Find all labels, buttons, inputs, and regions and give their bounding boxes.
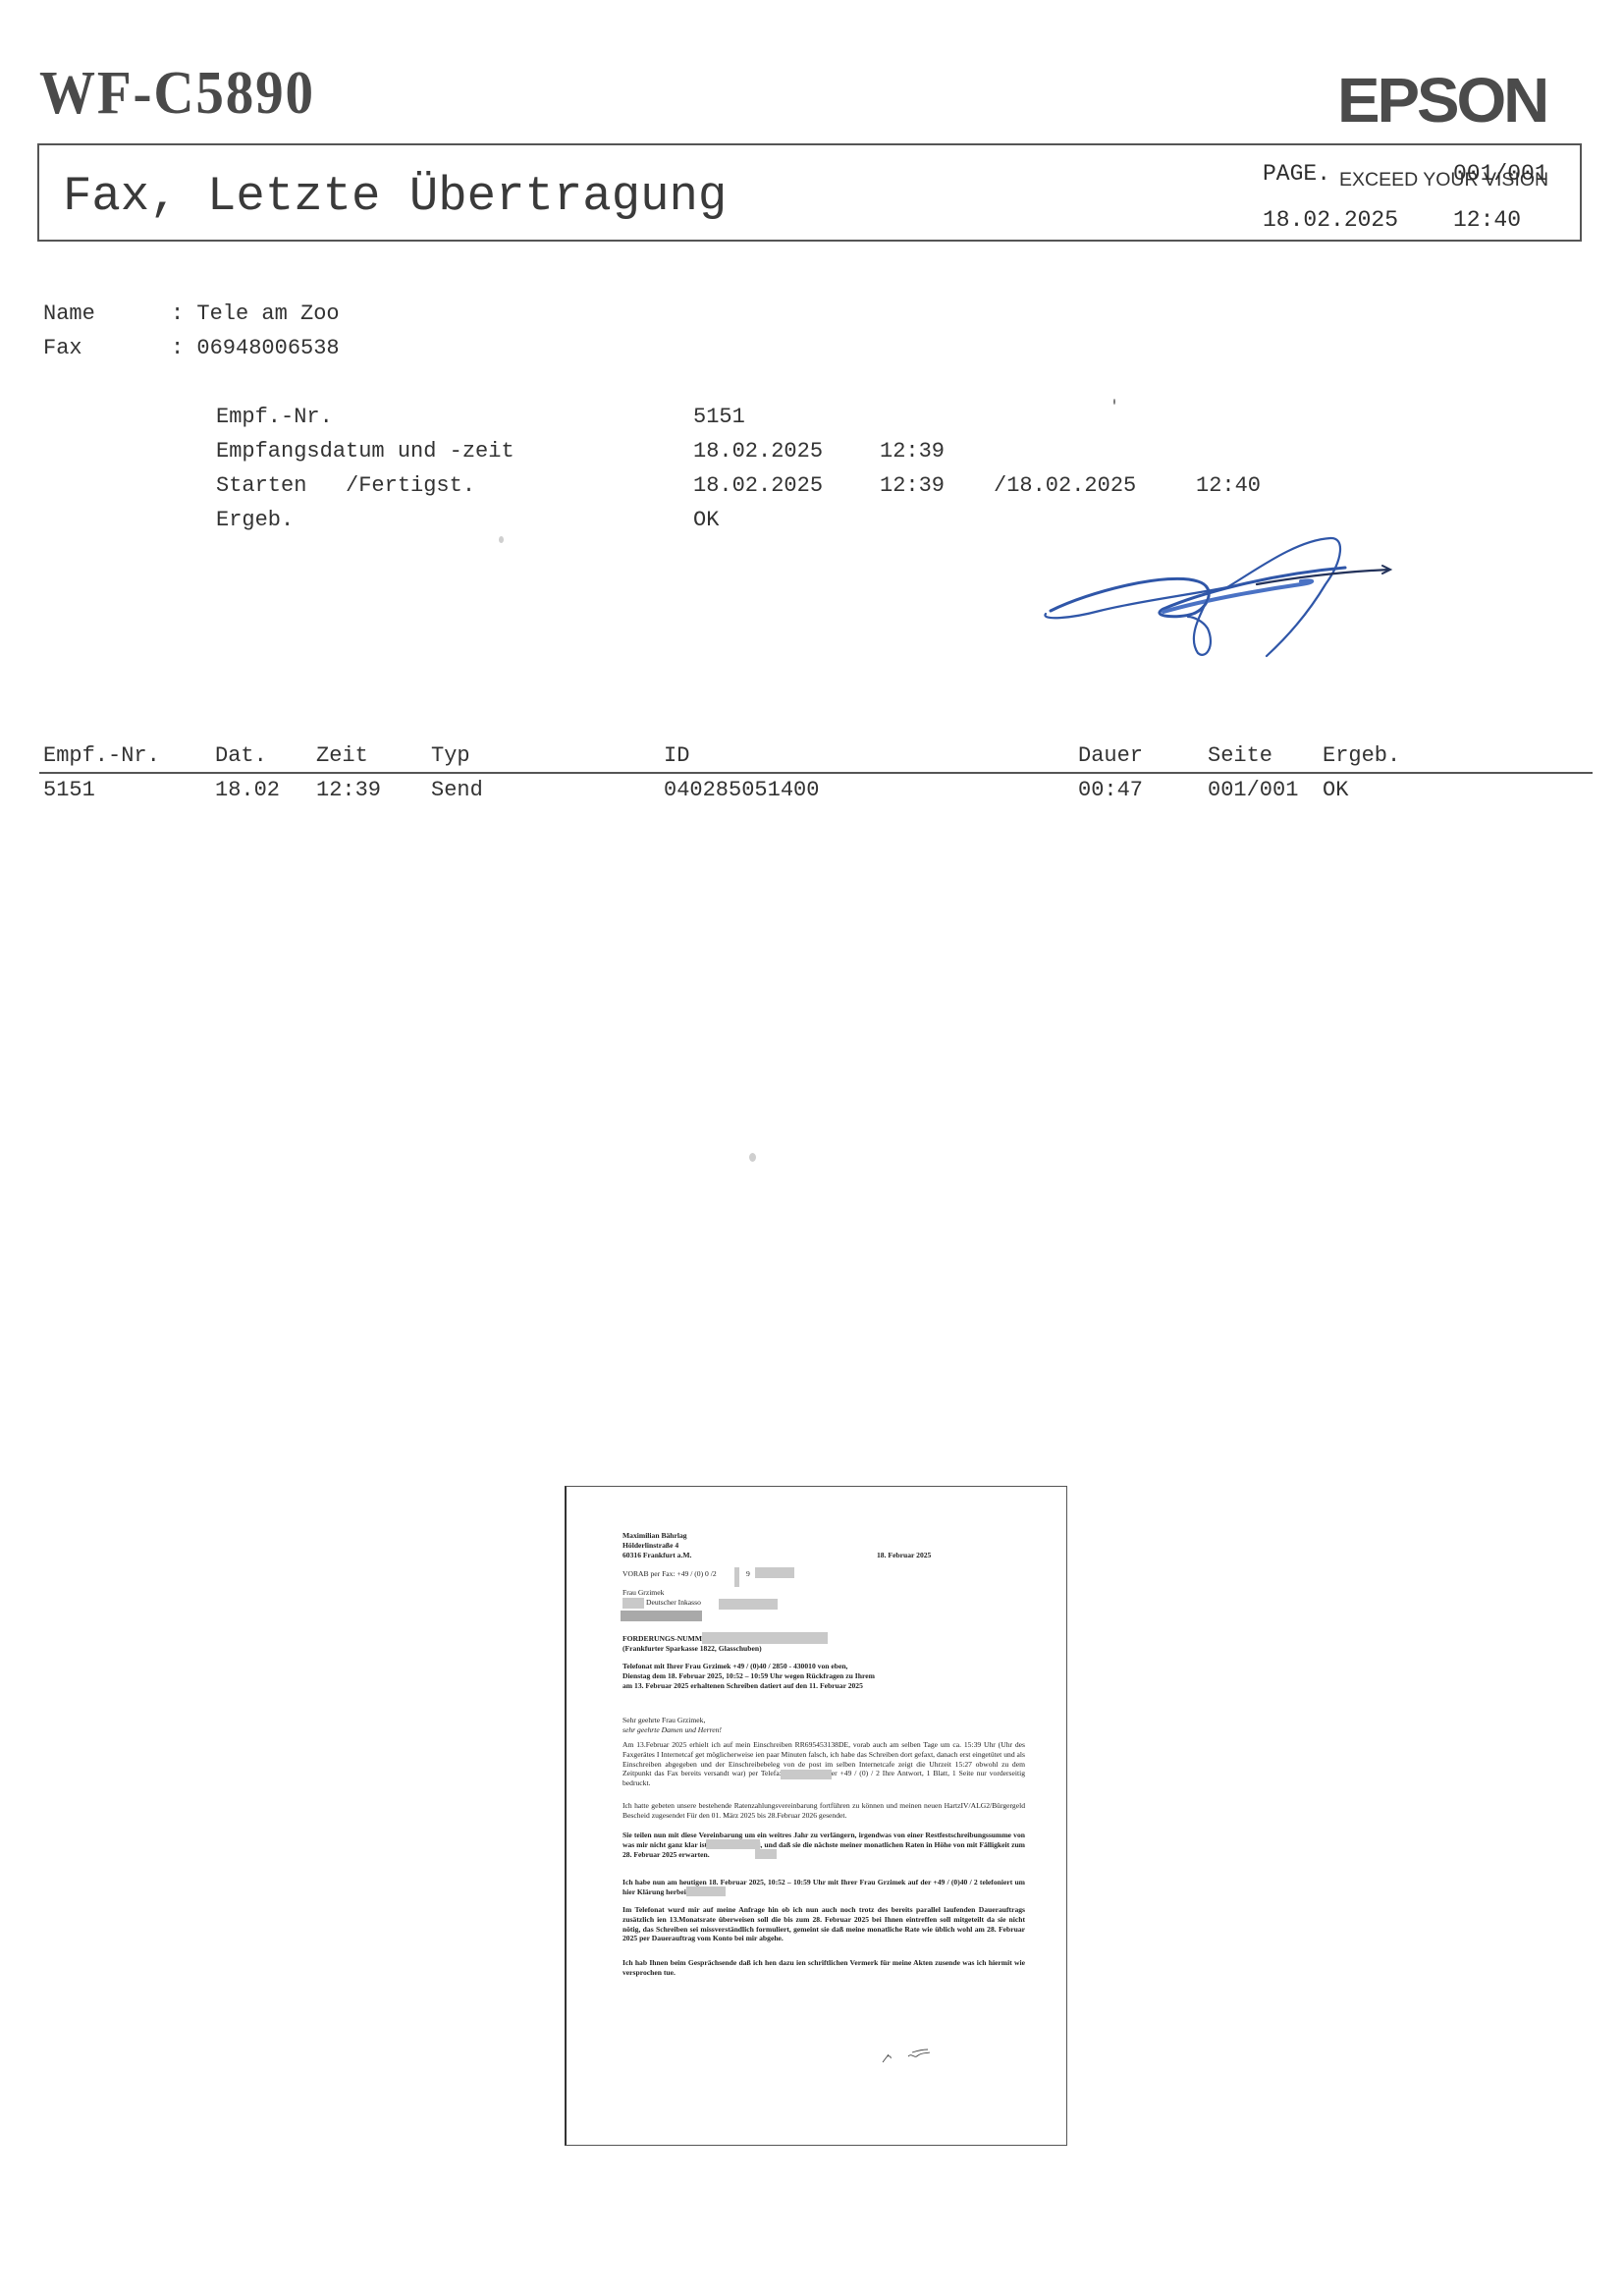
sender-name-label: Name — [43, 301, 95, 326]
letter-subject-line2: (Frankfurter Sparkasse 1822, Glasschuben… — [622, 1644, 956, 1654]
redaction — [781, 1770, 832, 1779]
redaction — [686, 1886, 726, 1896]
letter-signature — [879, 2047, 938, 2066]
page-label: PAGE. — [1263, 161, 1330, 187]
cell-type: Send — [431, 778, 483, 802]
letter-recipient-name: Frau Grzimek — [622, 1588, 819, 1598]
end-time: 12:40 — [1196, 473, 1261, 498]
letter-sender-city: 60316 Frankfurt a.M. — [622, 1551, 819, 1560]
result-value: OK — [693, 508, 719, 532]
sender-fax-value: : 06948006538 — [171, 336, 340, 360]
brand-name: EPSON — [1337, 71, 1552, 130]
sent-page-thumbnail: Maximilian Bährlag Hölderlinstraße 4 603… — [565, 1486, 1067, 2146]
sender-name-value: : Tele am Zoo — [171, 301, 340, 326]
col-header-duration: Dauer — [1078, 743, 1143, 768]
start-date: 18.02.2025 — [693, 473, 823, 498]
sender-fax-label: Fax — [43, 336, 82, 360]
scan-speck — [1113, 399, 1115, 405]
letter-paragraph-2: Ich hatte gebeten unsere bestehende Rate… — [622, 1801, 1025, 1821]
report-time: 12:40 — [1453, 207, 1521, 233]
cell-id: 040285051400 — [664, 778, 819, 802]
printer-model: WF-C5890 — [39, 59, 315, 129]
end-date: /18.02.2025 — [994, 473, 1136, 498]
redaction — [621, 1611, 702, 1621]
redaction — [706, 1839, 760, 1849]
cell-pages: 001/001 — [1208, 778, 1298, 802]
redaction — [702, 1632, 828, 1644]
col-header-time: Zeit — [316, 743, 368, 768]
cell-date: 18.02 — [215, 778, 280, 802]
letter-salutation: Sehr geehrte Frau Grzimek, sehr geehrte … — [622, 1716, 917, 1735]
letter-salutation-2: sehr geehrte Damen und Herren! — [622, 1725, 917, 1735]
redaction — [719, 1599, 778, 1610]
report-date: 18.02.2025 — [1263, 207, 1398, 233]
received-label: Empfangsdatum und -zeit — [216, 439, 514, 464]
letter-paragraph-1: Am 13.Februar 2025 erhielt ich auf mein … — [622, 1740, 1025, 1788]
col-header-pages: Seite — [1208, 743, 1272, 768]
letter-paragraph-6: Ich hab Ihnen beim Gesprächsende daß ich… — [622, 1958, 1025, 1978]
redaction — [622, 1598, 644, 1609]
table-header-divider — [39, 772, 1593, 774]
received-date: 18.02.2025 — [693, 439, 823, 464]
letter-sender-street: Hölderlinstraße 4 — [622, 1541, 819, 1551]
result-label: Ergeb. — [216, 508, 294, 532]
letter-sender-name: Maximilian Bährlag — [622, 1531, 819, 1541]
redaction — [755, 1567, 794, 1578]
redaction — [755, 1849, 777, 1859]
recipient-no-label: Empf.-Nr. — [216, 405, 333, 429]
recipient-no-value: 5151 — [693, 405, 745, 429]
letter-paragraph-3: Sie teilen nun mit diese Vereinbarung um… — [622, 1831, 1025, 1859]
received-time: 12:39 — [880, 439, 945, 464]
cell-result: OK — [1323, 778, 1348, 802]
col-header-result: Ergeb. — [1323, 743, 1400, 768]
start-end-label: Starten /Fertigst. — [216, 473, 475, 498]
page-number: 001/001 — [1453, 161, 1548, 187]
scan-speck — [749, 1153, 756, 1162]
handwritten-signature — [1031, 530, 1404, 668]
col-header-recipient-no: Empf.-Nr. — [43, 743, 160, 768]
letter-sender: Maximilian Bährlag Hölderlinstraße 4 603… — [622, 1531, 819, 1559]
report-title: Fax, Letzte Übertragung — [63, 169, 727, 224]
cell-duration: 00:47 — [1078, 778, 1143, 802]
col-header-id: ID — [664, 743, 689, 768]
letter-salutation-1: Sehr geehrte Frau Grzimek, — [622, 1716, 917, 1725]
cell-time: 12:39 — [316, 778, 381, 802]
start-time: 12:39 — [880, 473, 945, 498]
letter-paragraph-4: Ich habe nun am heutigen 18. Februar 202… — [622, 1878, 1025, 1897]
col-header-date: Dat. — [215, 743, 267, 768]
scan-speck — [499, 536, 504, 543]
letter-date: 18. Februar 2025 — [877, 1551, 931, 1560]
letter-fax-line: VORAB per Fax: +49 / (0) 0 /2 9 — [622, 1569, 878, 1579]
letter-call-block: Telefonat mit Ihrer Frau Grzimek +49 / (… — [622, 1662, 876, 1690]
cell-recipient-no: 5151 — [43, 778, 95, 802]
redaction — [734, 1567, 739, 1587]
letter-paragraph-5: Im Telefonat wurd mir auf meine Anfrage … — [622, 1905, 1025, 1943]
col-header-type: Typ — [431, 743, 470, 768]
